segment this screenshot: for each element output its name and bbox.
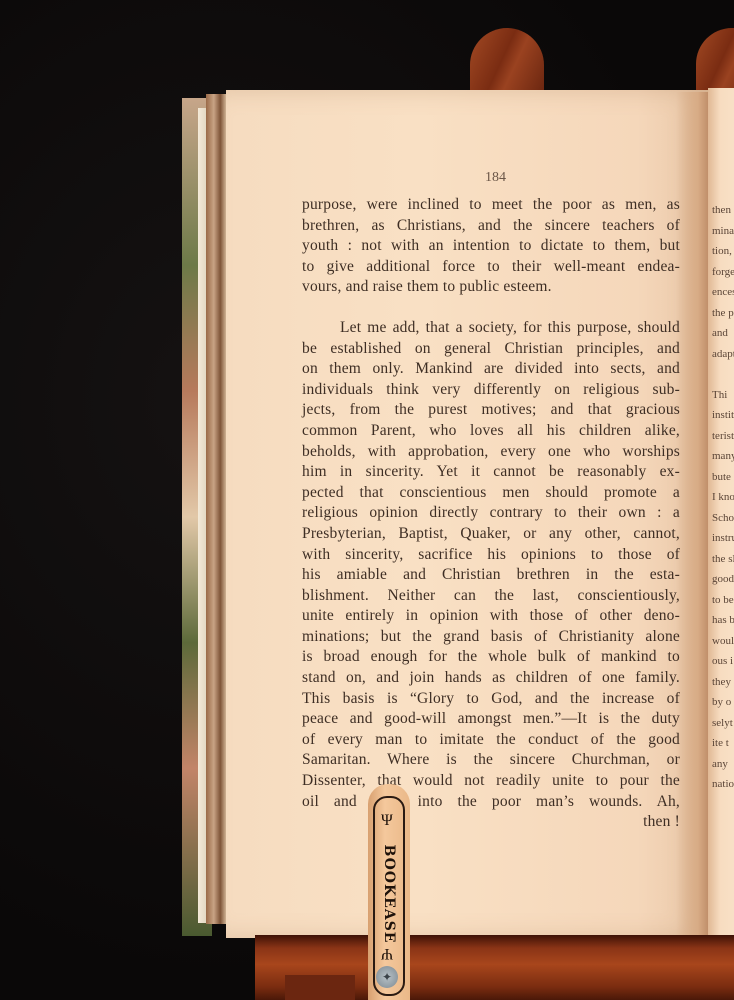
- text-line: brethren, as Christians, and the sincere…: [302, 216, 680, 237]
- text-line: his amiable and Christian brethren in th…: [302, 565, 680, 586]
- text-line: him in sincerity. Yet it cannot be reaso…: [302, 462, 680, 483]
- right-page-fragment: they: [712, 672, 734, 693]
- text-line: then !: [302, 812, 680, 833]
- right-page-fragment: and: [712, 323, 734, 344]
- trident-icon: Ψ: [381, 812, 393, 830]
- text-line: youth : not with an intention to dictate…: [302, 236, 680, 257]
- right-page-fragment: teristi: [712, 426, 734, 447]
- stand-top-right: [696, 28, 734, 92]
- text-line: common Parent, who loves all his childre…: [302, 421, 680, 442]
- right-page-fragment: [712, 364, 734, 385]
- right-page-fragment: I kno: [712, 487, 734, 508]
- right-page-fragment: tion,: [712, 241, 734, 262]
- text-line: purpose, were inclined to meet the poor …: [302, 195, 680, 216]
- right-page-fragment: any: [712, 754, 734, 775]
- trident-icon: Ψ: [381, 944, 393, 962]
- text-line: be established on general Christian prin…: [302, 339, 680, 360]
- text-line: jects, from the purest motives; and that…: [302, 400, 680, 421]
- text-line: religious opinion directly contrary to t…: [302, 503, 680, 524]
- right-page-fragment: Schoo: [712, 508, 734, 529]
- text-line: stand on, and join hands as children of …: [302, 668, 680, 689]
- text-line: Presbyterian, Baptist, Quaker, or any ot…: [302, 524, 680, 545]
- text-line: Let me add, that a society, for this pur…: [302, 318, 680, 339]
- text-line: individuals think very differently on re…: [302, 380, 680, 401]
- right-page-fragment: the po: [712, 303, 734, 324]
- right-page-fragments: then 'minattion,forgetencesthe poandadap…: [712, 200, 734, 795]
- text-line: minations; but the grand basis of Christ…: [302, 627, 680, 648]
- text-line: Dissenter, that would not readily unite …: [302, 771, 680, 792]
- right-page-fragment: ite t: [712, 733, 734, 754]
- right-page-fragment: selyt: [712, 713, 734, 734]
- right-page-fragment: to be: [712, 590, 734, 611]
- text-line: peace and good-will amongst men.”—It is …: [302, 709, 680, 730]
- right-page-fragment: ous i: [712, 651, 734, 672]
- text-line: vours, and raise them to public esteem.: [302, 277, 680, 298]
- page-text: purpose, were inclined to meet the poor …: [302, 195, 680, 833]
- text-line: with sincerity, sacrifice his opinions t…: [302, 545, 680, 566]
- bookease-clip[interactable]: Ψ BOOKEASE Ψ ✦: [368, 784, 410, 1000]
- gutter-shadow: [676, 92, 712, 938]
- text-line: This basis is “Glory to God, and the inc…: [302, 689, 680, 710]
- right-page-fragment: ences: [712, 282, 734, 303]
- right-page-fragment: many: [712, 446, 734, 467]
- text-line: oil and wine into the poor man’s wounds.…: [302, 792, 680, 813]
- shelf-foot: [285, 975, 355, 1000]
- screw-icon: ✦: [376, 966, 398, 988]
- right-page-fragment: by o: [712, 692, 734, 713]
- text-line: beholds, with approbation, every one who…: [302, 442, 680, 463]
- text-line: to give additional force to their well-m…: [302, 257, 680, 278]
- text-line: unite entirely in opinion with those of …: [302, 606, 680, 627]
- right-page-fragment: then ': [712, 200, 734, 221]
- text-line: pected that conscientious men should pro…: [302, 483, 680, 504]
- right-page-fragment: has b: [712, 610, 734, 631]
- page-number: 184: [485, 170, 506, 186]
- right-page-fragment: instru: [712, 528, 734, 549]
- right-page-fragment: minat: [712, 221, 734, 242]
- right-page-fragment: woul: [712, 631, 734, 652]
- right-page-fragment: bute: [712, 467, 734, 488]
- text-line: is broad enough for the whole bulk of ma…: [302, 647, 680, 668]
- right-page-fragment: good: [712, 569, 734, 590]
- text-line: on them only. Mankind are divided into s…: [302, 359, 680, 380]
- right-page-fragment: Thi: [712, 385, 734, 406]
- text-line: Samaritan. Where is the sincere Churchma…: [302, 750, 680, 771]
- paragraph-gap: [302, 298, 680, 318]
- stand-top-left: [470, 28, 544, 92]
- right-page-fragment: forget: [712, 262, 734, 283]
- right-page-fragment: adapt: [712, 344, 734, 365]
- right-page-fragment: the sl: [712, 549, 734, 570]
- right-page-fragment: natio: [712, 774, 734, 795]
- text-line: of every man to imitate the conduct of t…: [302, 730, 680, 751]
- text-line: blishment. Neither can the last, conscie…: [302, 586, 680, 607]
- bookease-label: BOOKEASE: [381, 845, 397, 944]
- right-page-fragment: institu: [712, 405, 734, 426]
